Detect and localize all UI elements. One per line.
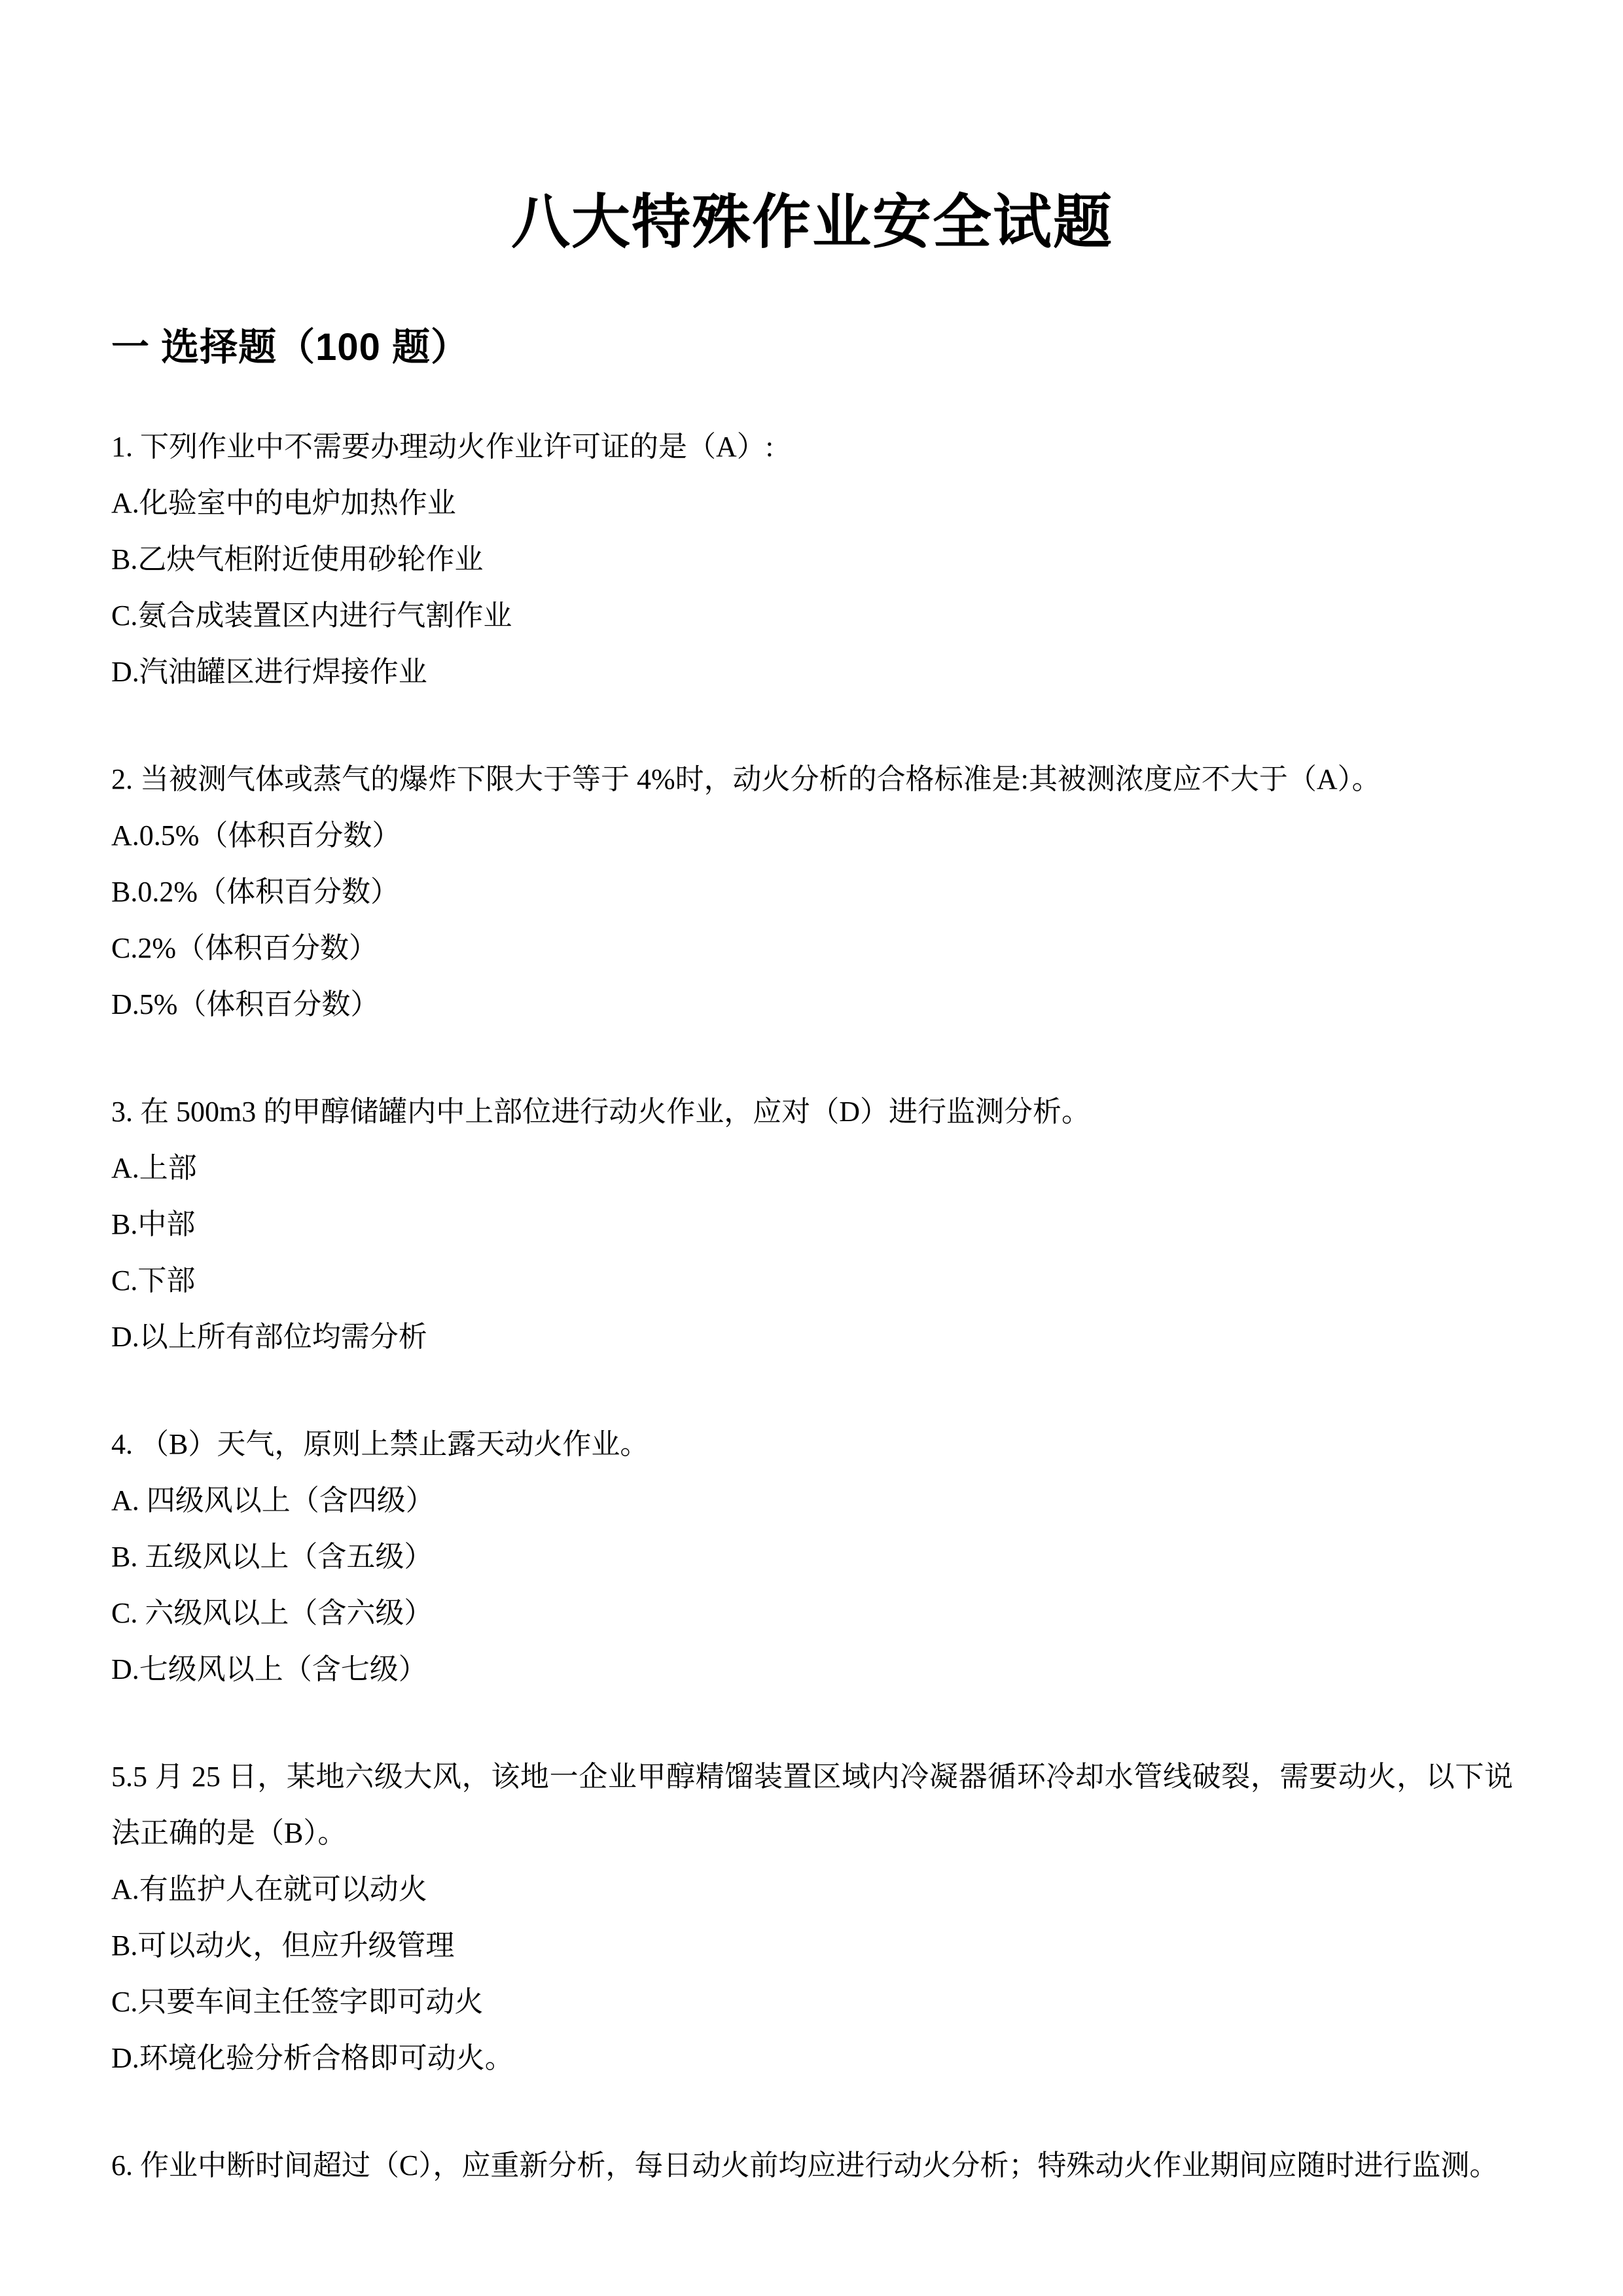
question-block-1: 1. 下列作业中不需要办理动火作业许可证的是（A）: A.化验室中的电炉加热作业… <box>111 419 1513 700</box>
question-text: 5.5 月 25 日，某地六级大风，该地一企业甲醇精馏装置区域内冷凝器循环冷却水… <box>111 1749 1513 1861</box>
question-block-5: 5.5 月 25 日，某地六级大风，该地一企业甲醇精馏装置区域内冷凝器循环冷却水… <box>111 1749 1513 2087</box>
option-d: D.以上所有部位均需分析 <box>111 1309 1513 1365</box>
option-d: D.环境化验分析合格即可动火。 <box>111 2030 1513 2087</box>
question-text: 1. 下列作业中不需要办理动火作业许可证的是（A）: <box>111 419 1513 475</box>
option-b: B.中部 <box>111 1196 1513 1253</box>
page-title: 八大特殊作业安全试题 <box>111 0 1513 254</box>
question-text: 2. 当被测气体或蒸气的爆炸下限大于等于 4%时，动火分析的合格标准是:其被测浓… <box>111 751 1513 808</box>
question-block-6: 6. 作业中断时间超过（C），应重新分析，每日动火前均应进行动火分析；特殊动火作… <box>111 2138 1513 2194</box>
document-page: 八大特殊作业安全试题 一 选择题（100 题） 1. 下列作业中不需要办理动火作… <box>0 0 1623 2296</box>
option-c: C.氨合成装置区内进行气割作业 <box>111 588 1513 644</box>
option-a: A.0.5%（体积百分数） <box>111 808 1513 864</box>
option-b: B.乙炔气柜附近使用砂轮作业 <box>111 531 1513 588</box>
question-block-4: 4. （B）天气，原则上禁止露天动火作业。 A. 四级风以上（含四级） B. 五… <box>111 1416 1513 1698</box>
question-list: 1. 下列作业中不需要办理动火作业许可证的是（A）: A.化验室中的电炉加热作业… <box>111 419 1513 2194</box>
option-a: A.有监护人在就可以动火 <box>111 1861 1513 1918</box>
section-heading: 一 选择题（100 题） <box>111 327 1513 368</box>
option-b: B.可以动火，但应升级管理 <box>111 1918 1513 1974</box>
option-d: D.七级风以上（含七级） <box>111 1641 1513 1698</box>
question-block-2: 2. 当被测气体或蒸气的爆炸下限大于等于 4%时，动火分析的合格标准是:其被测浓… <box>111 751 1513 1033</box>
option-c: C.2%（体积百分数） <box>111 920 1513 977</box>
question-text: 6. 作业中断时间超过（C），应重新分析，每日动火前均应进行动火分析；特殊动火作… <box>111 2138 1513 2194</box>
option-d: D.5%（体积百分数） <box>111 977 1513 1033</box>
option-c: C. 六级风以上（含六级） <box>111 1585 1513 1641</box>
question-text: 3. 在 500m3 的甲醇储罐内中上部位进行动火作业，应对（D）进行监测分析。 <box>111 1084 1513 1140</box>
option-c: C.下部 <box>111 1253 1513 1309</box>
question-block-3: 3. 在 500m3 的甲醇储罐内中上部位进行动火作业，应对（D）进行监测分析。… <box>111 1084 1513 1365</box>
option-b: B. 五级风以上（含五级） <box>111 1529 1513 1585</box>
option-a: A. 四级风以上（含四级） <box>111 1473 1513 1529</box>
question-text: 4. （B）天气，原则上禁止露天动火作业。 <box>111 1416 1513 1473</box>
option-d: D.汽油罐区进行焊接作业 <box>111 644 1513 700</box>
option-c: C.只要车间主任签字即可动火 <box>111 1974 1513 2030</box>
option-a: A.上部 <box>111 1140 1513 1196</box>
option-a: A.化验室中的电炉加热作业 <box>111 475 1513 531</box>
page-content: 八大特殊作业安全试题 一 选择题（100 题） 1. 下列作业中不需要办理动火作… <box>0 0 1623 2194</box>
option-b: B.0.2%（体积百分数） <box>111 864 1513 920</box>
